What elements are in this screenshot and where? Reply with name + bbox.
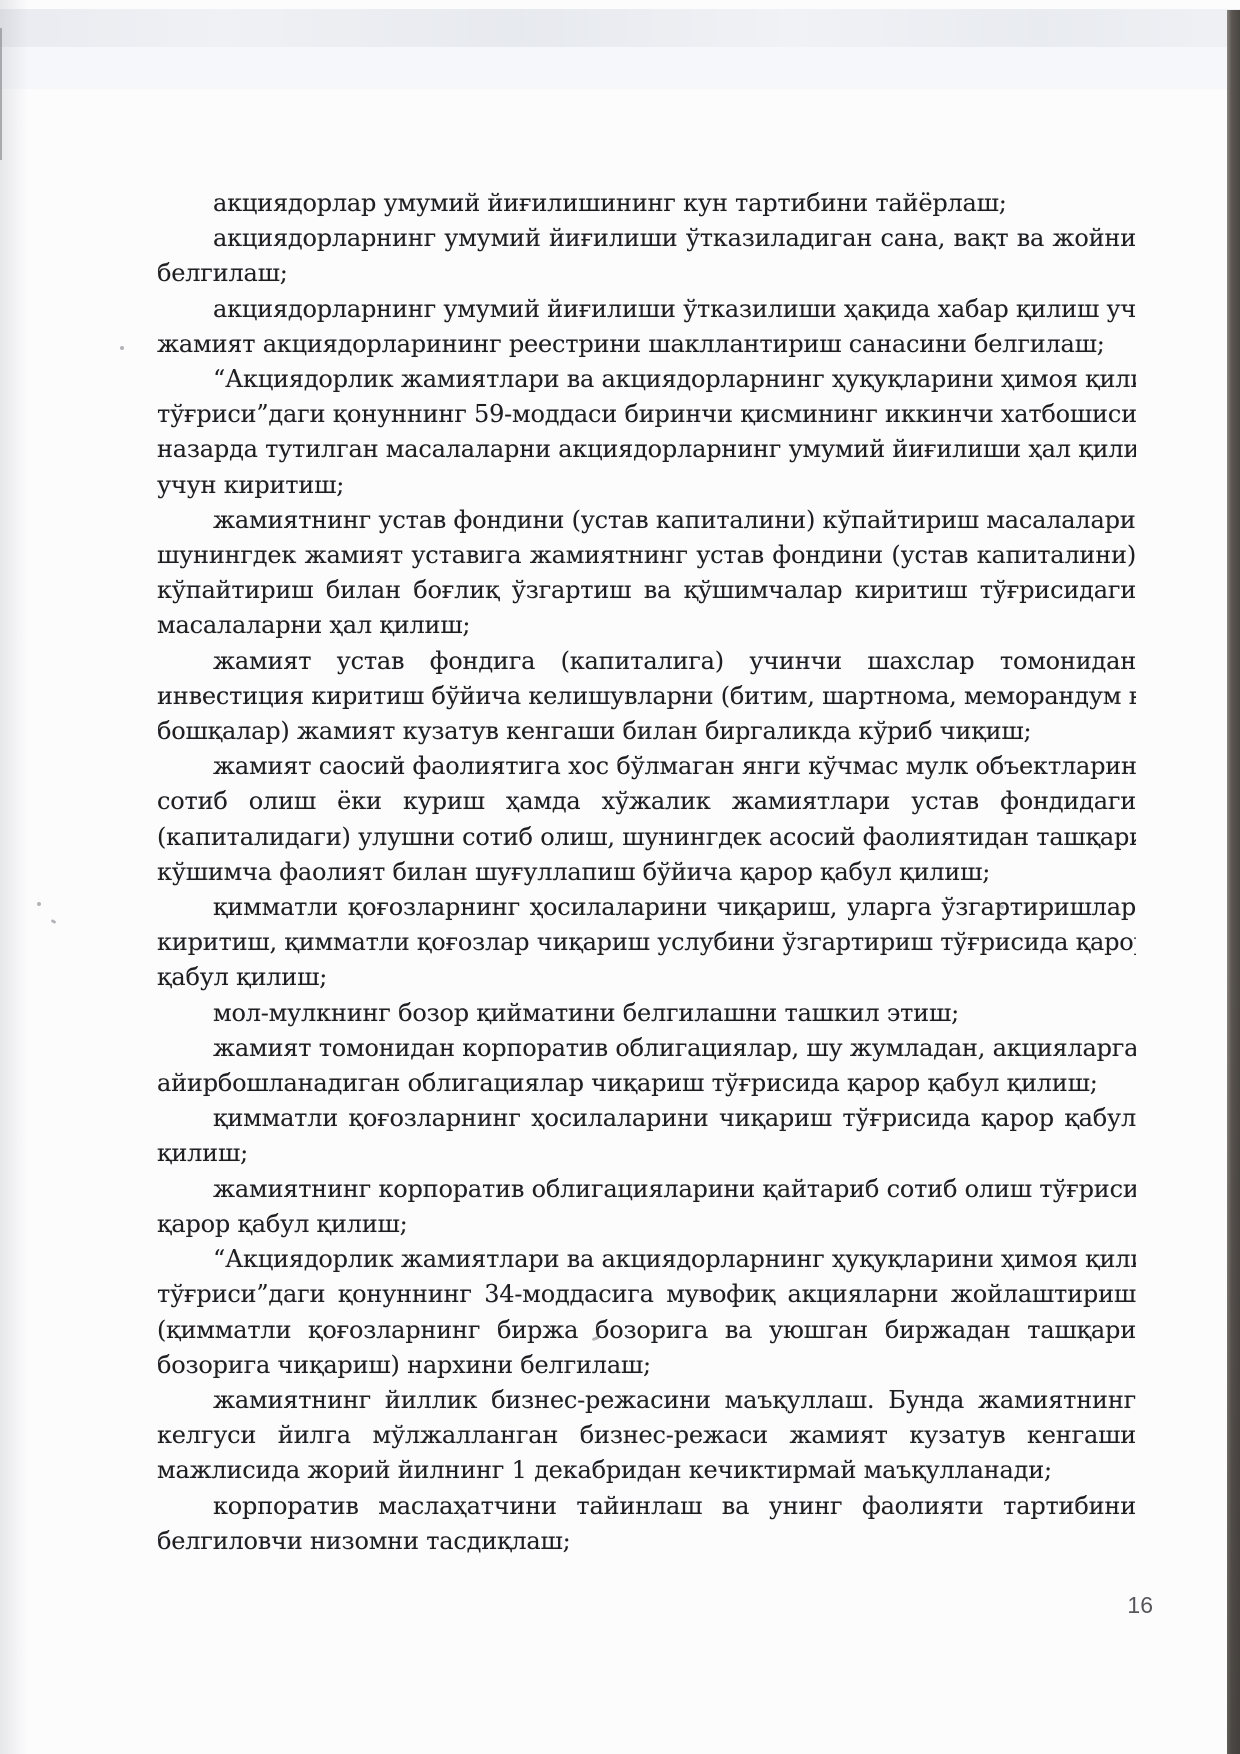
scan-artifact-top-band xyxy=(0,9,1240,47)
paragraph: “Акциядорлик жамиятлари ва акциядорларни… xyxy=(157,362,1136,503)
text-line: жамият саосий фаолиятига хос бўлмаган ян… xyxy=(157,749,1136,784)
paragraph: “Акциядорлик жамиятлари ва акциядорларни… xyxy=(157,1242,1136,1383)
text-line: (қимматли қоғозларнинг биржа бозорига ва… xyxy=(157,1313,1136,1348)
text-block: акциядорлар умумий йиғилишининг кун тарт… xyxy=(157,186,1136,1559)
paragraph: қимматли қоғозларнинг ҳосилаларини чиқар… xyxy=(157,1101,1136,1171)
text-line: бошқалар) жамият кузатув кенгаши билан б… xyxy=(157,714,1136,749)
paragraph: акциядорларнинг умумий йиғилиши ўтказила… xyxy=(157,221,1136,291)
text-line: назарда тутилган масалаларни акциядорлар… xyxy=(157,432,1136,467)
text-line: акциядорларнинг умумий йиғилиши ўтказили… xyxy=(157,292,1136,327)
text-line: тўғриси”даги қонуннинг 59-моддаси биринч… xyxy=(157,397,1136,432)
scan-speck xyxy=(51,919,57,924)
text-line: мажлисида жорий йилнинг 1 декабридан кеч… xyxy=(157,1453,1136,1488)
scan-speck xyxy=(120,346,124,350)
text-line: бозорига чиқариш) нархини белгилаш; xyxy=(157,1348,1136,1383)
text-line: қабул қилиш; xyxy=(157,960,1136,995)
paragraph: жамият томонидан корпоратив облигациялар… xyxy=(157,1031,1136,1101)
paragraph: акциядорларнинг умумий йиғилиши ўтказили… xyxy=(157,292,1136,362)
scan-artifact-top-band-2 xyxy=(0,47,1240,89)
text-line: қимматли қоғозларнинг ҳосилаларини чиқар… xyxy=(157,1101,1136,1136)
text-line: сотиб олиш ёки куриш ҳамда хўжалик жамия… xyxy=(157,784,1136,819)
text-line: келгуси йилга мўлжалланган бизнес-режаси… xyxy=(157,1418,1136,1453)
text-line: акциядорларнинг умумий йиғилиши ўтказила… xyxy=(157,221,1136,256)
text-line: “Акциядорлик жамиятлари ва акциядорларни… xyxy=(157,1242,1136,1277)
paragraph: корпоратив маслаҳатчини тайинлаш ва унин… xyxy=(157,1489,1136,1559)
text-line: айирбошланадиган облигациялар чиқариш тў… xyxy=(157,1066,1136,1101)
text-line: кўпайтириш билан боғлиқ ўзгартиш ва қўши… xyxy=(157,573,1136,608)
text-line: (капиталидаги) улушни сотиб олиш, шунинг… xyxy=(157,820,1136,855)
paragraph: акциядорлар умумий йиғилишининг кун тарт… xyxy=(157,186,1136,221)
text-line: жамият акциядорларининг реестрини шаклла… xyxy=(157,327,1136,362)
text-line: кўшимча фаолият билан шуғуллапиш бўйича … xyxy=(157,855,1136,890)
scan-speck xyxy=(37,902,41,906)
text-line: акциядорлар умумий йиғилишининг кун тарт… xyxy=(157,186,1136,221)
text-line: инвестиция киритиш бўйича келишувларни (… xyxy=(157,679,1136,714)
text-line: жамият устав фондига (капиталига) учинчи… xyxy=(157,644,1136,679)
paragraph: жамиятнинг корпоратив облигацияларини қа… xyxy=(157,1172,1136,1242)
text-line: “Акциядорлик жамиятлари ва акциядорларни… xyxy=(157,362,1136,397)
paragraph: жамиятнинг йиллик бизнес-режасини маъқул… xyxy=(157,1383,1136,1489)
text-line: жамиятнинг корпоратив облигацияларини қа… xyxy=(157,1172,1136,1207)
scan-artifact-left-shade xyxy=(0,0,28,1754)
page-number: 16 xyxy=(1127,1592,1153,1619)
scan-artifact-left-line xyxy=(0,28,2,160)
paragraph: жамият устав фондига (капиталига) учинчи… xyxy=(157,644,1136,750)
text-line: қилиш; xyxy=(157,1136,1136,1171)
text-line: учун киритиш; xyxy=(157,468,1136,503)
paragraph: жамият саосий фаолиятига хос бўлмаган ян… xyxy=(157,749,1136,890)
text-line: масалаларни ҳал қилиш; xyxy=(157,608,1136,643)
text-line: мол-мулкнинг бозор қийматини белгилашни … xyxy=(157,996,1136,1031)
text-line: қимматли қоғозларнинг ҳосилаларини чиқар… xyxy=(157,890,1136,925)
text-line: белгиловчи низомни тасдиқлаш; xyxy=(157,1524,1136,1559)
text-line: жамиятнинг йиллик бизнес-режасини маъқул… xyxy=(157,1383,1136,1418)
paragraph: мол-мулкнинг бозор қийматини белгилашни … xyxy=(157,996,1136,1031)
text-line: белгилаш; xyxy=(157,256,1136,291)
paragraph: жамиятнинг устав фондини (устав капитали… xyxy=(157,503,1136,644)
text-line: корпоратив маслаҳатчини тайинлаш ва унин… xyxy=(157,1489,1136,1524)
text-line: киритиш, қимматли қоғозлар чиқариш услуб… xyxy=(157,925,1136,960)
text-line: шунингдек жамият уставига жамиятнинг уст… xyxy=(157,538,1136,573)
paragraph: қимматли қоғозларнинг ҳосилаларини чиқар… xyxy=(157,890,1136,996)
text-line: қарор қабул қилиш; xyxy=(157,1207,1136,1242)
text-line: тўғриси”даги қонуннинг 34-моддасига муво… xyxy=(157,1277,1136,1312)
scanned-document-page: акциядорлар умумий йиғилишининг кун тарт… xyxy=(0,0,1240,1754)
text-line: жамиятнинг устав фондини (устав капитали… xyxy=(157,503,1136,538)
text-line: жамият томонидан корпоратив облигациялар… xyxy=(157,1031,1136,1066)
scan-artifact-right-strip xyxy=(1227,10,1240,1754)
